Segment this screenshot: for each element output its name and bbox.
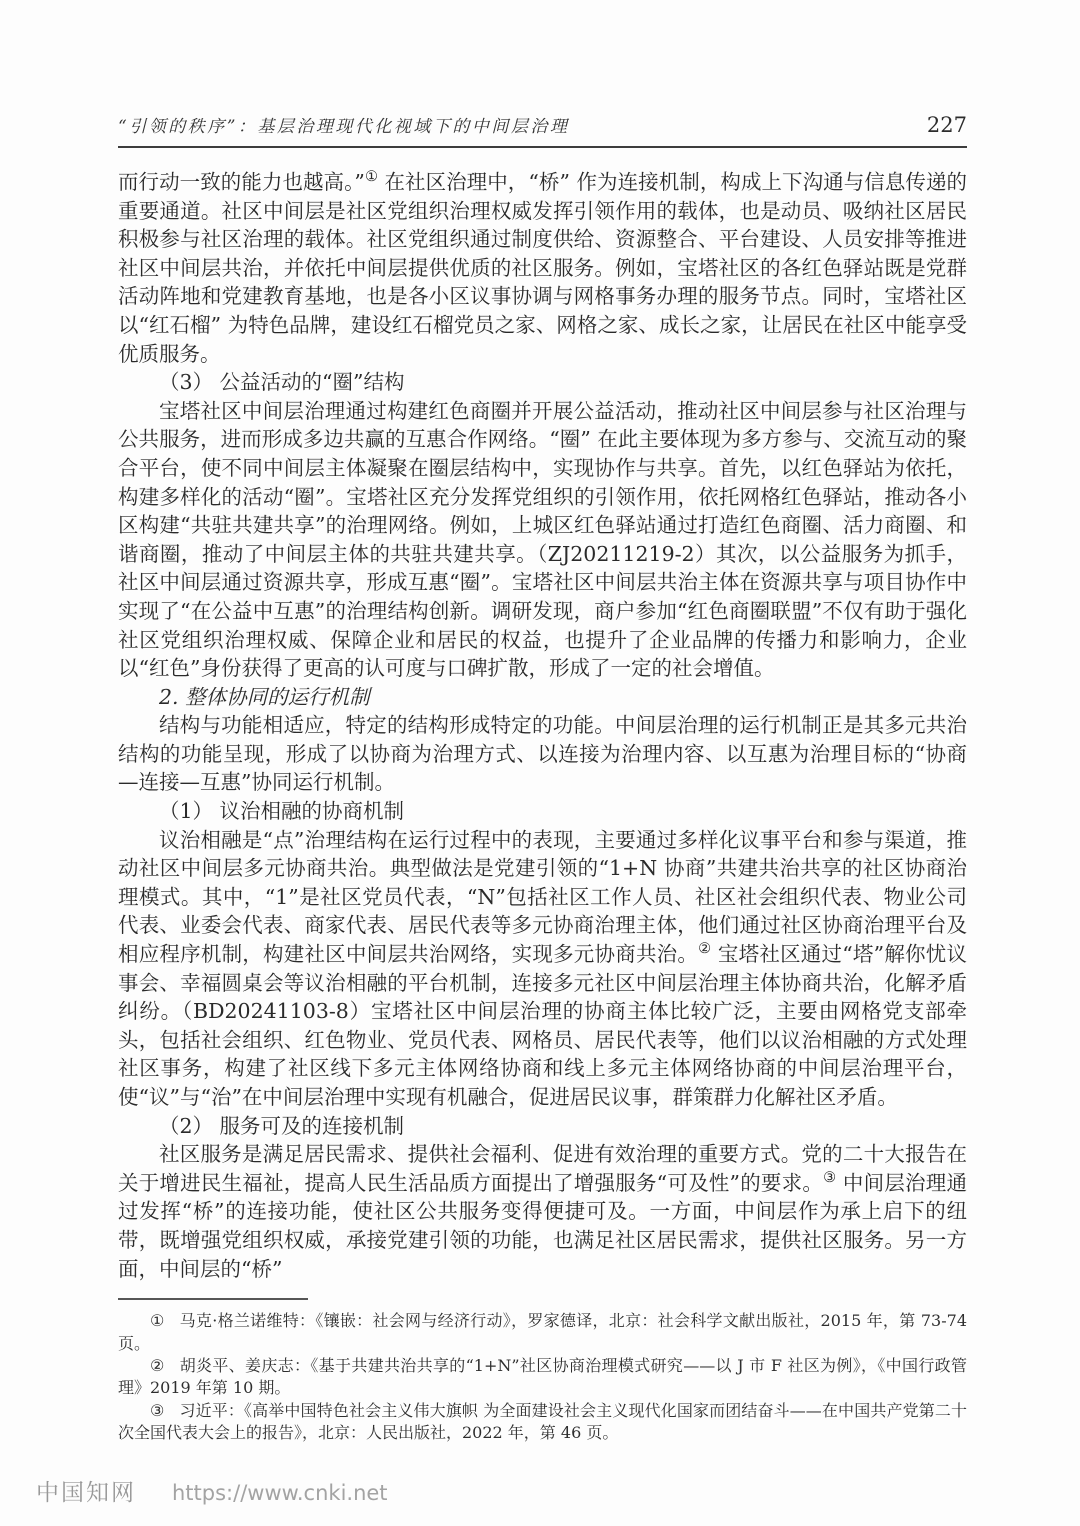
footnote-text: 习近平：《高举中国特色社会主义伟大旗帜 为全面建设社会主义现代化国家而团结奋斗—…	[118, 1401, 967, 1442]
section-heading: （1） 议治相融的协商机制	[118, 797, 967, 826]
footnote-marker: ③	[150, 1401, 164, 1420]
footnote-marker: ①	[150, 1311, 165, 1330]
section-heading: （2） 服务可及的连接机制	[118, 1112, 967, 1141]
cnki-url-text: https://www.cnki.net	[172, 1481, 388, 1505]
footnote-item: ③习近平：《高举中国特色社会主义伟大旗帜 为全面建设社会主义现代化国家而团结奋斗…	[118, 1400, 967, 1445]
body-paragraph: 而行动一致的能力也越高。”① 在社区治理中，“桥” 作为连接机制，构成上下沟通与…	[118, 168, 967, 368]
footnote-reference: ③	[823, 1170, 836, 1186]
cnki-watermark: 中国知网 https://www.cnki.net	[36, 1474, 388, 1507]
scanned-paper-page: “引领的秩序”：基层治理现代化视域下的中间层治理 227 而行动一致的能力也越高…	[0, 0, 1080, 1526]
footnote-reference: ①	[365, 169, 378, 185]
footnote-separator-rule	[118, 1298, 308, 1300]
body-paragraph: 议治相融是“点”治理结构在运行过程中的表现，主要通过多样化议事平台和参与渠道，推…	[118, 826, 967, 1112]
page-header: “引领的秩序”：基层治理现代化视域下的中间层治理 227	[118, 112, 967, 137]
header-rule	[118, 146, 967, 148]
page-number: 227	[927, 113, 967, 137]
body-paragraph: 宝塔社区中间层治理通过构建红色商圈并开展公益活动，推动社区中间层参与社区治理与公…	[118, 397, 967, 683]
cnki-brand-label: 中国知网	[36, 1474, 136, 1507]
footnote-reference: ②	[698, 941, 711, 957]
footnotes-section: ①马克·格兰诺维特：《镶嵌：社会网与经济行动》，罗家德译，北京：社会科学文献出版…	[118, 1310, 967, 1444]
footnote-text: 马克·格兰诺维特：《镶嵌：社会网与经济行动》，罗家德译，北京：社会科学文献出版社…	[118, 1311, 967, 1352]
footnote-text: 胡炎平、姜庆志：《基于共建共治共享的“1+N”社区协商治理模式研究——以 J 市…	[118, 1356, 967, 1397]
body-paragraph: 社区服务是满足居民需求、提供社会福利、促进有效治理的重要方式。党的二十大报告在关…	[118, 1140, 967, 1283]
article-body: 而行动一致的能力也越高。”① 在社区治理中，“桥” 作为连接机制，构成上下沟通与…	[118, 168, 967, 1283]
body-paragraph: 结构与功能相适应，特定的结构形成特定的功能。中间层治理的运行机制正是其多元共治结…	[118, 711, 967, 797]
section-heading: （3） 公益活动的“圈”结构	[118, 368, 967, 397]
footnote-item: ②胡炎平、姜庆志：《基于共建共治共享的“1+N”社区协商治理模式研究——以 J …	[118, 1355, 967, 1400]
footnote-item: ①马克·格兰诺维特：《镶嵌：社会网与经济行动》，罗家德译，北京：社会科学文献出版…	[118, 1310, 967, 1355]
footnote-marker: ②	[150, 1356, 165, 1375]
section-heading: 2. 整体协同的运行机制	[118, 683, 967, 712]
page-content: “引领的秩序”：基层治理现代化视域下的中间层治理 227 而行动一致的能力也越高…	[118, 112, 967, 1445]
running-title: “引领的秩序”：基层治理现代化视域下的中间层治理	[118, 112, 569, 137]
